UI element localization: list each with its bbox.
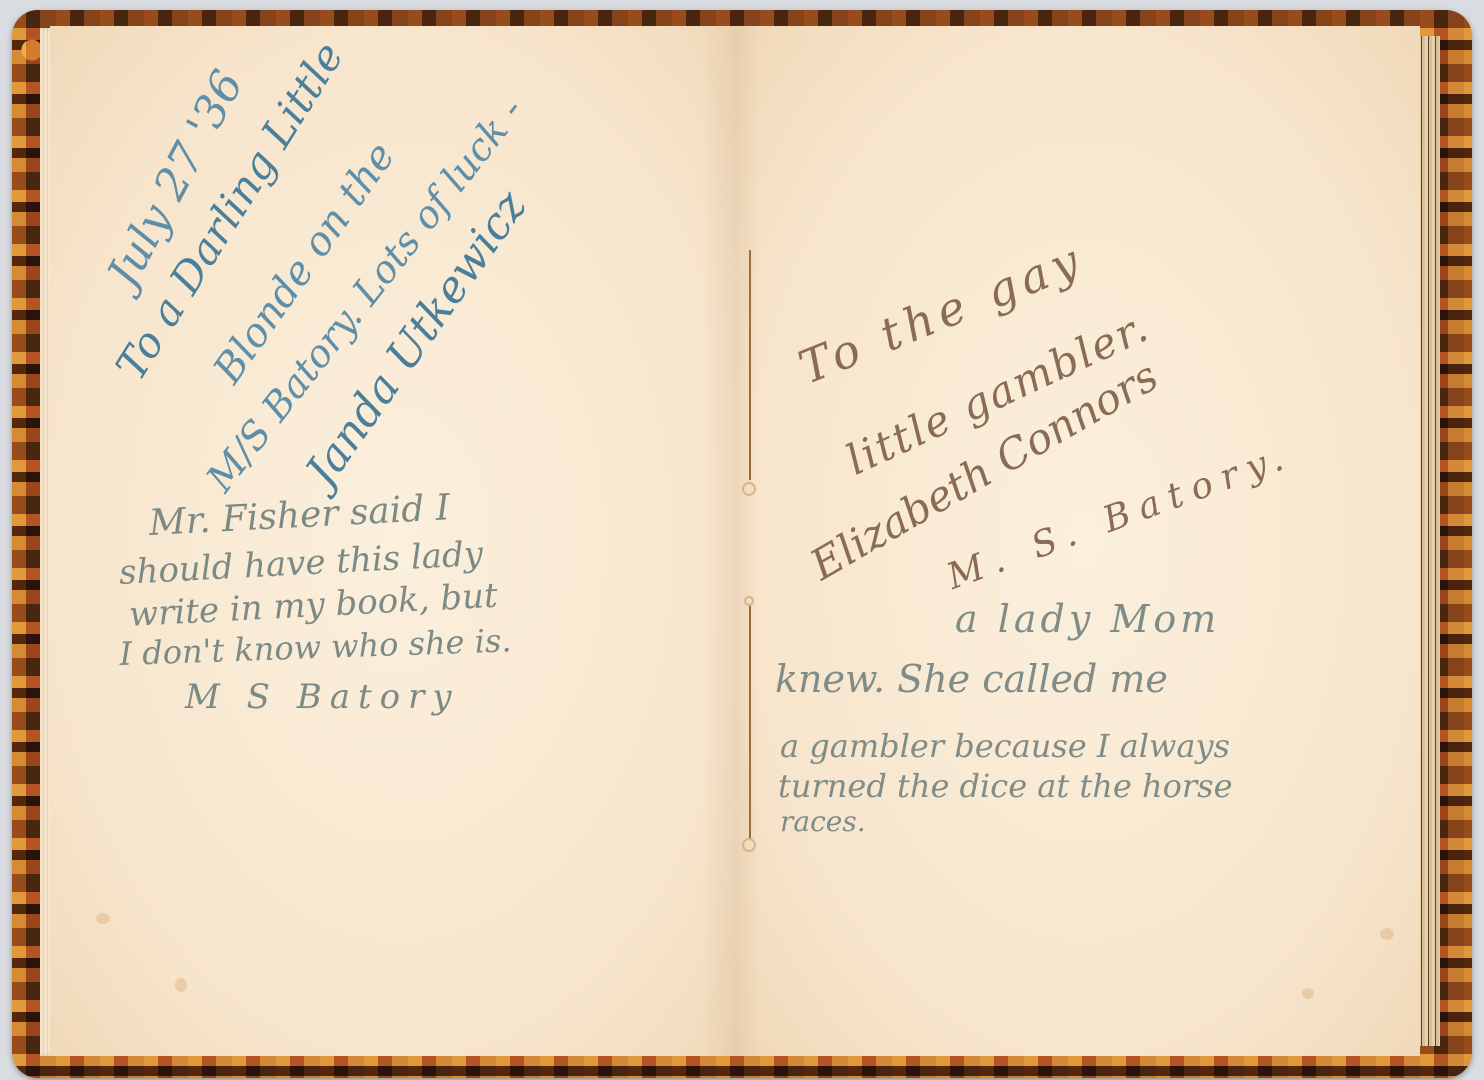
foxing-spot [96, 913, 110, 924]
note-line: turned the dice at the horse [778, 770, 1233, 802]
note-line: a gambler because I always [780, 730, 1230, 762]
binding-stitch-hole [742, 838, 756, 852]
note-line: a lady Mom [955, 600, 1220, 638]
note-line: knew. She called me [775, 660, 1168, 698]
note-line: races. [780, 808, 866, 836]
foxing-spot [1302, 988, 1314, 999]
page-edges-right [1418, 36, 1440, 1046]
binding-thread [749, 250, 751, 480]
binding-stitch-hole [744, 596, 754, 606]
foxing-spot [175, 978, 187, 992]
note-signature: M S Batory [185, 680, 460, 714]
binding-stitch-hole [742, 482, 756, 496]
binding-thread [749, 600, 751, 840]
book-gutter [700, 26, 760, 1056]
foxing-spot [1380, 928, 1394, 940]
